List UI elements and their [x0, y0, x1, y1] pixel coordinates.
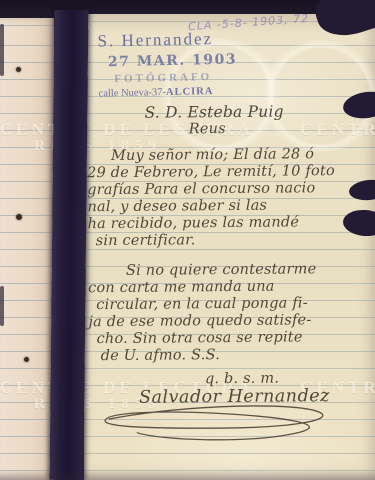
handwritten-letter: S. D. Esteba Puig Reus Muy señor mío; El… [87, 103, 374, 447]
page-edge-mark [0, 286, 4, 326]
binding-spine [50, 10, 89, 480]
page-edge-mark [0, 24, 4, 76]
stamp-profession: FOTÓGRAFO [114, 71, 237, 86]
stamp-address-city: ALCIRA [166, 86, 214, 98]
letter-body: Muy señor mío; El día 28 ó 29 de Febrero… [87, 146, 373, 365]
stamp-name: S. Hernandez [97, 29, 236, 52]
letter-line: sin certificar. [96, 231, 372, 250]
photographer-stamp: S. Hernandez 27 MAR. 1903 FOTÓGRAFO call… [97, 29, 237, 100]
letter-place: Reus [189, 120, 371, 139]
letter-line: 29 de Febrero, Le remití, 10 foto [87, 163, 371, 182]
scanned-letter-page: CENTRE DE LECTURACENTRE DE REUS 1859 CEN… [0, 0, 375, 480]
binding-hole [24, 357, 29, 362]
letter-line: de U. afmo. S.S. [101, 346, 373, 365]
letter-recipient: S. D. Esteba Puig [145, 103, 371, 122]
stamp-date: 27 MAR. 1903 [108, 52, 237, 71]
binding-hole [16, 67, 21, 72]
letter-closing: q. b. s. m. [205, 370, 373, 388]
letter-line: Si no quiere contestarme [126, 261, 372, 280]
scan-shadow [0, 470, 375, 480]
signature-flourish [93, 401, 345, 447]
binding-hole [16, 214, 22, 220]
